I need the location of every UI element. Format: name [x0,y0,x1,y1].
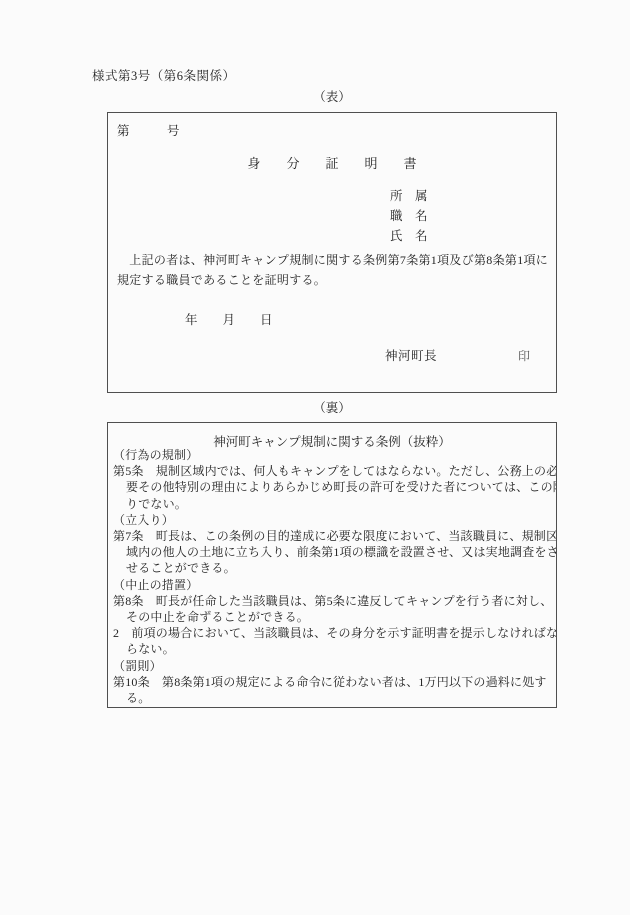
ordinance-line: （罰則） [113,658,554,674]
ordinance-line: りでない。 [126,496,554,512]
seal-mark: 印 [518,347,530,364]
back-side-label: （裏） [107,398,557,416]
certificate-body-line: 上記の者は、神河町キャンプ規制に関する条例第7条第1項及び第8条第1項に [117,251,548,271]
certificate-body: 上記の者は、神河町キャンプ規制に関する条例第7条第1項及び第8条第1項に 規定す… [117,251,548,290]
ordinance-line: 第8条 町長が任命した当該職員は、第5条に違反してキャンプを行う者に対し、 [113,593,554,609]
ordinance-line: 第5条 規制区域内では、何人もキャンプをしてはならない。ただし、公務上の必 [113,463,554,479]
ordinance-line: （行為の規制） [113,447,554,463]
affiliation-field-label: 所 属 [390,186,428,206]
ordinance-line: 域内の他人の土地に立ち入り、前条第1項の標識を設置させ、又は実地調査をさ [126,544,554,560]
document-page: 様式第3号（第6条関係） （表） 第 号 身 分 証 明 書 所 属 職 名 氏… [0,0,630,915]
ordinance-line: 要その他特別の理由によりあらかじめ町長の許可を受けた者については、この限 [126,479,554,495]
identity-fields: 所 属 職 名 氏 名 [390,186,428,246]
issuer-name: 神河町長 [385,346,437,364]
back-card: 神河町キャンプ規制に関する条例（抜粋） （行為の規制） 第5条 規制区域内では、… [107,422,557,708]
date-line: 年 月 日 [185,310,273,328]
ordinance-excerpt: （行為の規制） 第5条 規制区域内では、何人もキャンプをしてはならない。ただし、… [113,447,554,706]
doc-number-line: 第 号 [117,121,180,139]
ordinance-line: せることができる。 [126,560,554,576]
front-card: 第 号 身 分 証 明 書 所 属 職 名 氏 名 上記の者は、神河町キャンプ規… [107,112,557,393]
name-field-label: 氏 名 [390,226,428,246]
front-side-label: （表） [107,87,557,105]
ordinance-line: 2 前項の場合において、当該職員は、その身分を示す証明書を提示しなければな [113,625,554,641]
ordinance-line: らない。 [126,641,554,657]
ordinance-line: （中止の措置） [113,577,554,593]
ordinance-line: 第10条 第8条第1項の規定による命令に従わない者は、1万円以下の過料に処す [113,674,554,690]
ordinance-line: （立入り） [113,512,554,528]
ordinance-line: 第7条 町長は、この条例の目的達成に必要な限度において、当該職員に、規制区 [113,528,554,544]
ordinance-line: その中止を命ずることができる。 [126,609,554,625]
ordinance-line: る。 [126,690,554,706]
job-title-field-label: 職 名 [390,206,428,226]
certificate-body-line: 規定する職員であることを証明する。 [117,271,548,291]
certificate-title: 身 分 証 明 書 [108,153,556,172]
form-number-label: 様式第3号（第6条関係） [92,66,236,84]
